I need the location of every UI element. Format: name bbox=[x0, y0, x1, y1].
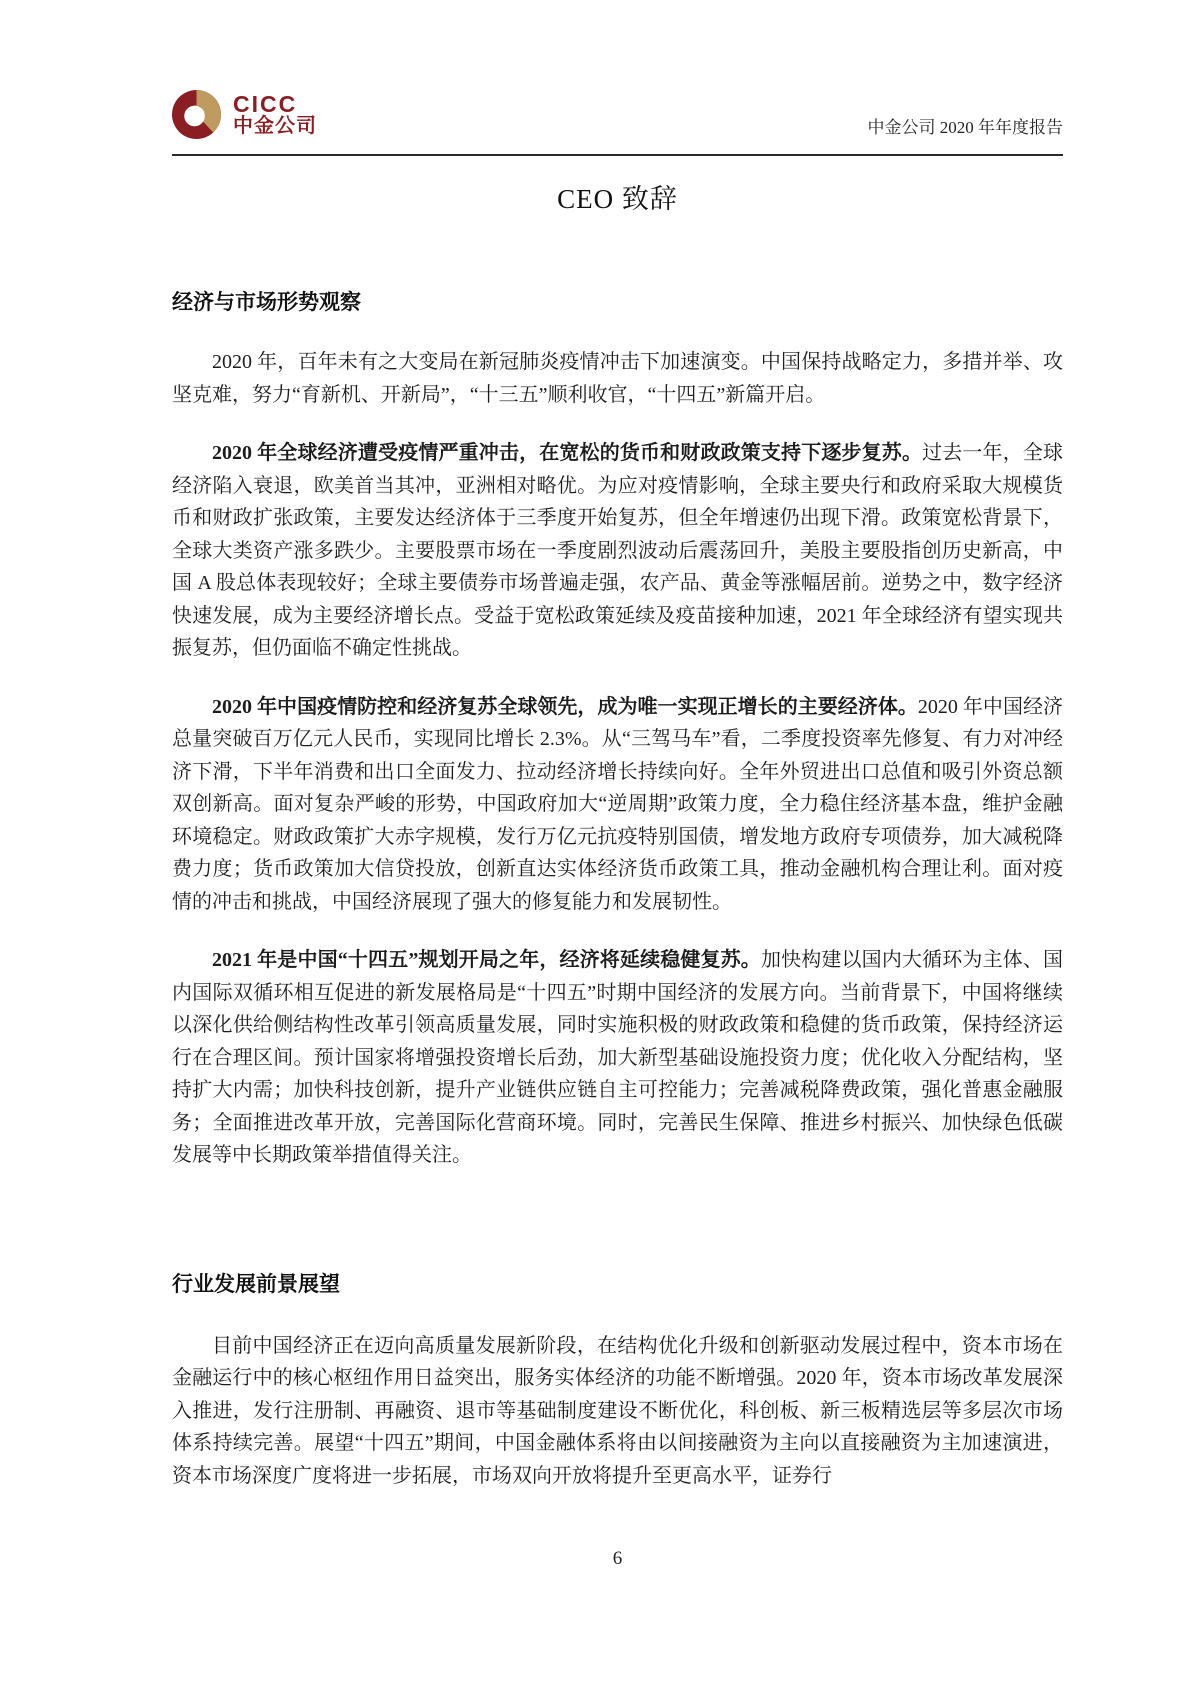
brand-name-en: CICC bbox=[233, 93, 317, 116]
page-header: CICC 中金公司 中金公司 2020 年年度报告 bbox=[172, 90, 1063, 156]
brand-text: CICC 中金公司 bbox=[233, 93, 317, 137]
document-body: 经济与市场形势观察 2020 年，百年未有之大变局在新冠肺炎疫情冲击下加速演变。… bbox=[0, 290, 1190, 1492]
brand-name-zh: 中金公司 bbox=[233, 116, 317, 136]
paragraph: 目前中国经济正在迈向高质量发展新阶段，在结构优化升级和创新驱动发展过程中，资本市… bbox=[172, 1330, 1063, 1493]
page-title: CEO 致辞 bbox=[0, 182, 1190, 216]
paragraph: 2020 年，百年未有之大变局在新冠肺炎疫情冲击下加速演变。中国保持战略定力，多… bbox=[172, 346, 1063, 411]
paragraph: 2021 年是中国“十四五”规划开局之年，经济将延续稳健复苏。加快构建以国内大循… bbox=[172, 944, 1063, 1172]
page-number: 6 bbox=[172, 1548, 1063, 1570]
paragraph-text: 2020 年，百年未有之大变局在新冠肺炎疫情冲击下加速演变。中国保持战略定力，多… bbox=[172, 351, 1063, 406]
cicc-logo-icon bbox=[172, 90, 221, 139]
paragraph-text: 过去一年，全球经济陷入衰退，欧美首当其冲，亚洲相对略优。为应对疫情影响，全球主要… bbox=[172, 442, 1063, 659]
paragraph-lead: 2020 年全球经济遭受疫情严重冲击，在宽松的货币和财政政策支持下逐步复苏。 bbox=[212, 442, 922, 464]
paragraph-lead: 2020 年中国疫情防控和经济复苏全球领先，成为唯一实现正增长的主要经济体。 bbox=[212, 696, 918, 718]
paragraph-lead: 2021 年是中国“十四五”规划开局之年，经济将延续稳健复苏。 bbox=[212, 949, 761, 971]
report-title: 中金公司 2020 年年度报告 bbox=[868, 113, 1064, 138]
section-heading-industry: 行业发展前景展望 bbox=[172, 1272, 1063, 1298]
paragraph-text: 目前中国经济正在迈向高质量发展新阶段，在结构优化升级和创新驱动发展过程中，资本市… bbox=[172, 1335, 1063, 1487]
paragraph: 2020 年全球经济遭受疫情严重冲击，在宽松的货币和财政政策支持下逐步复苏。过去… bbox=[172, 437, 1063, 665]
paragraph-text: 2020 年中国经济总量突破百万亿元人民币，实现同比增长 2.3%。从“三驾马车… bbox=[172, 696, 1063, 913]
cicc-logo: CICC 中金公司 bbox=[172, 90, 317, 139]
section-heading-economy: 经济与市场形势观察 bbox=[172, 290, 1063, 316]
paragraph-text: 加快构建以国内大循环为主体、国内国际双循环相互促进的新发展格局是“十四五”时期中… bbox=[172, 949, 1063, 1166]
paragraph: 2020 年中国疫情防控和经济复苏全球领先，成为唯一实现正增长的主要经济体。20… bbox=[172, 691, 1063, 919]
